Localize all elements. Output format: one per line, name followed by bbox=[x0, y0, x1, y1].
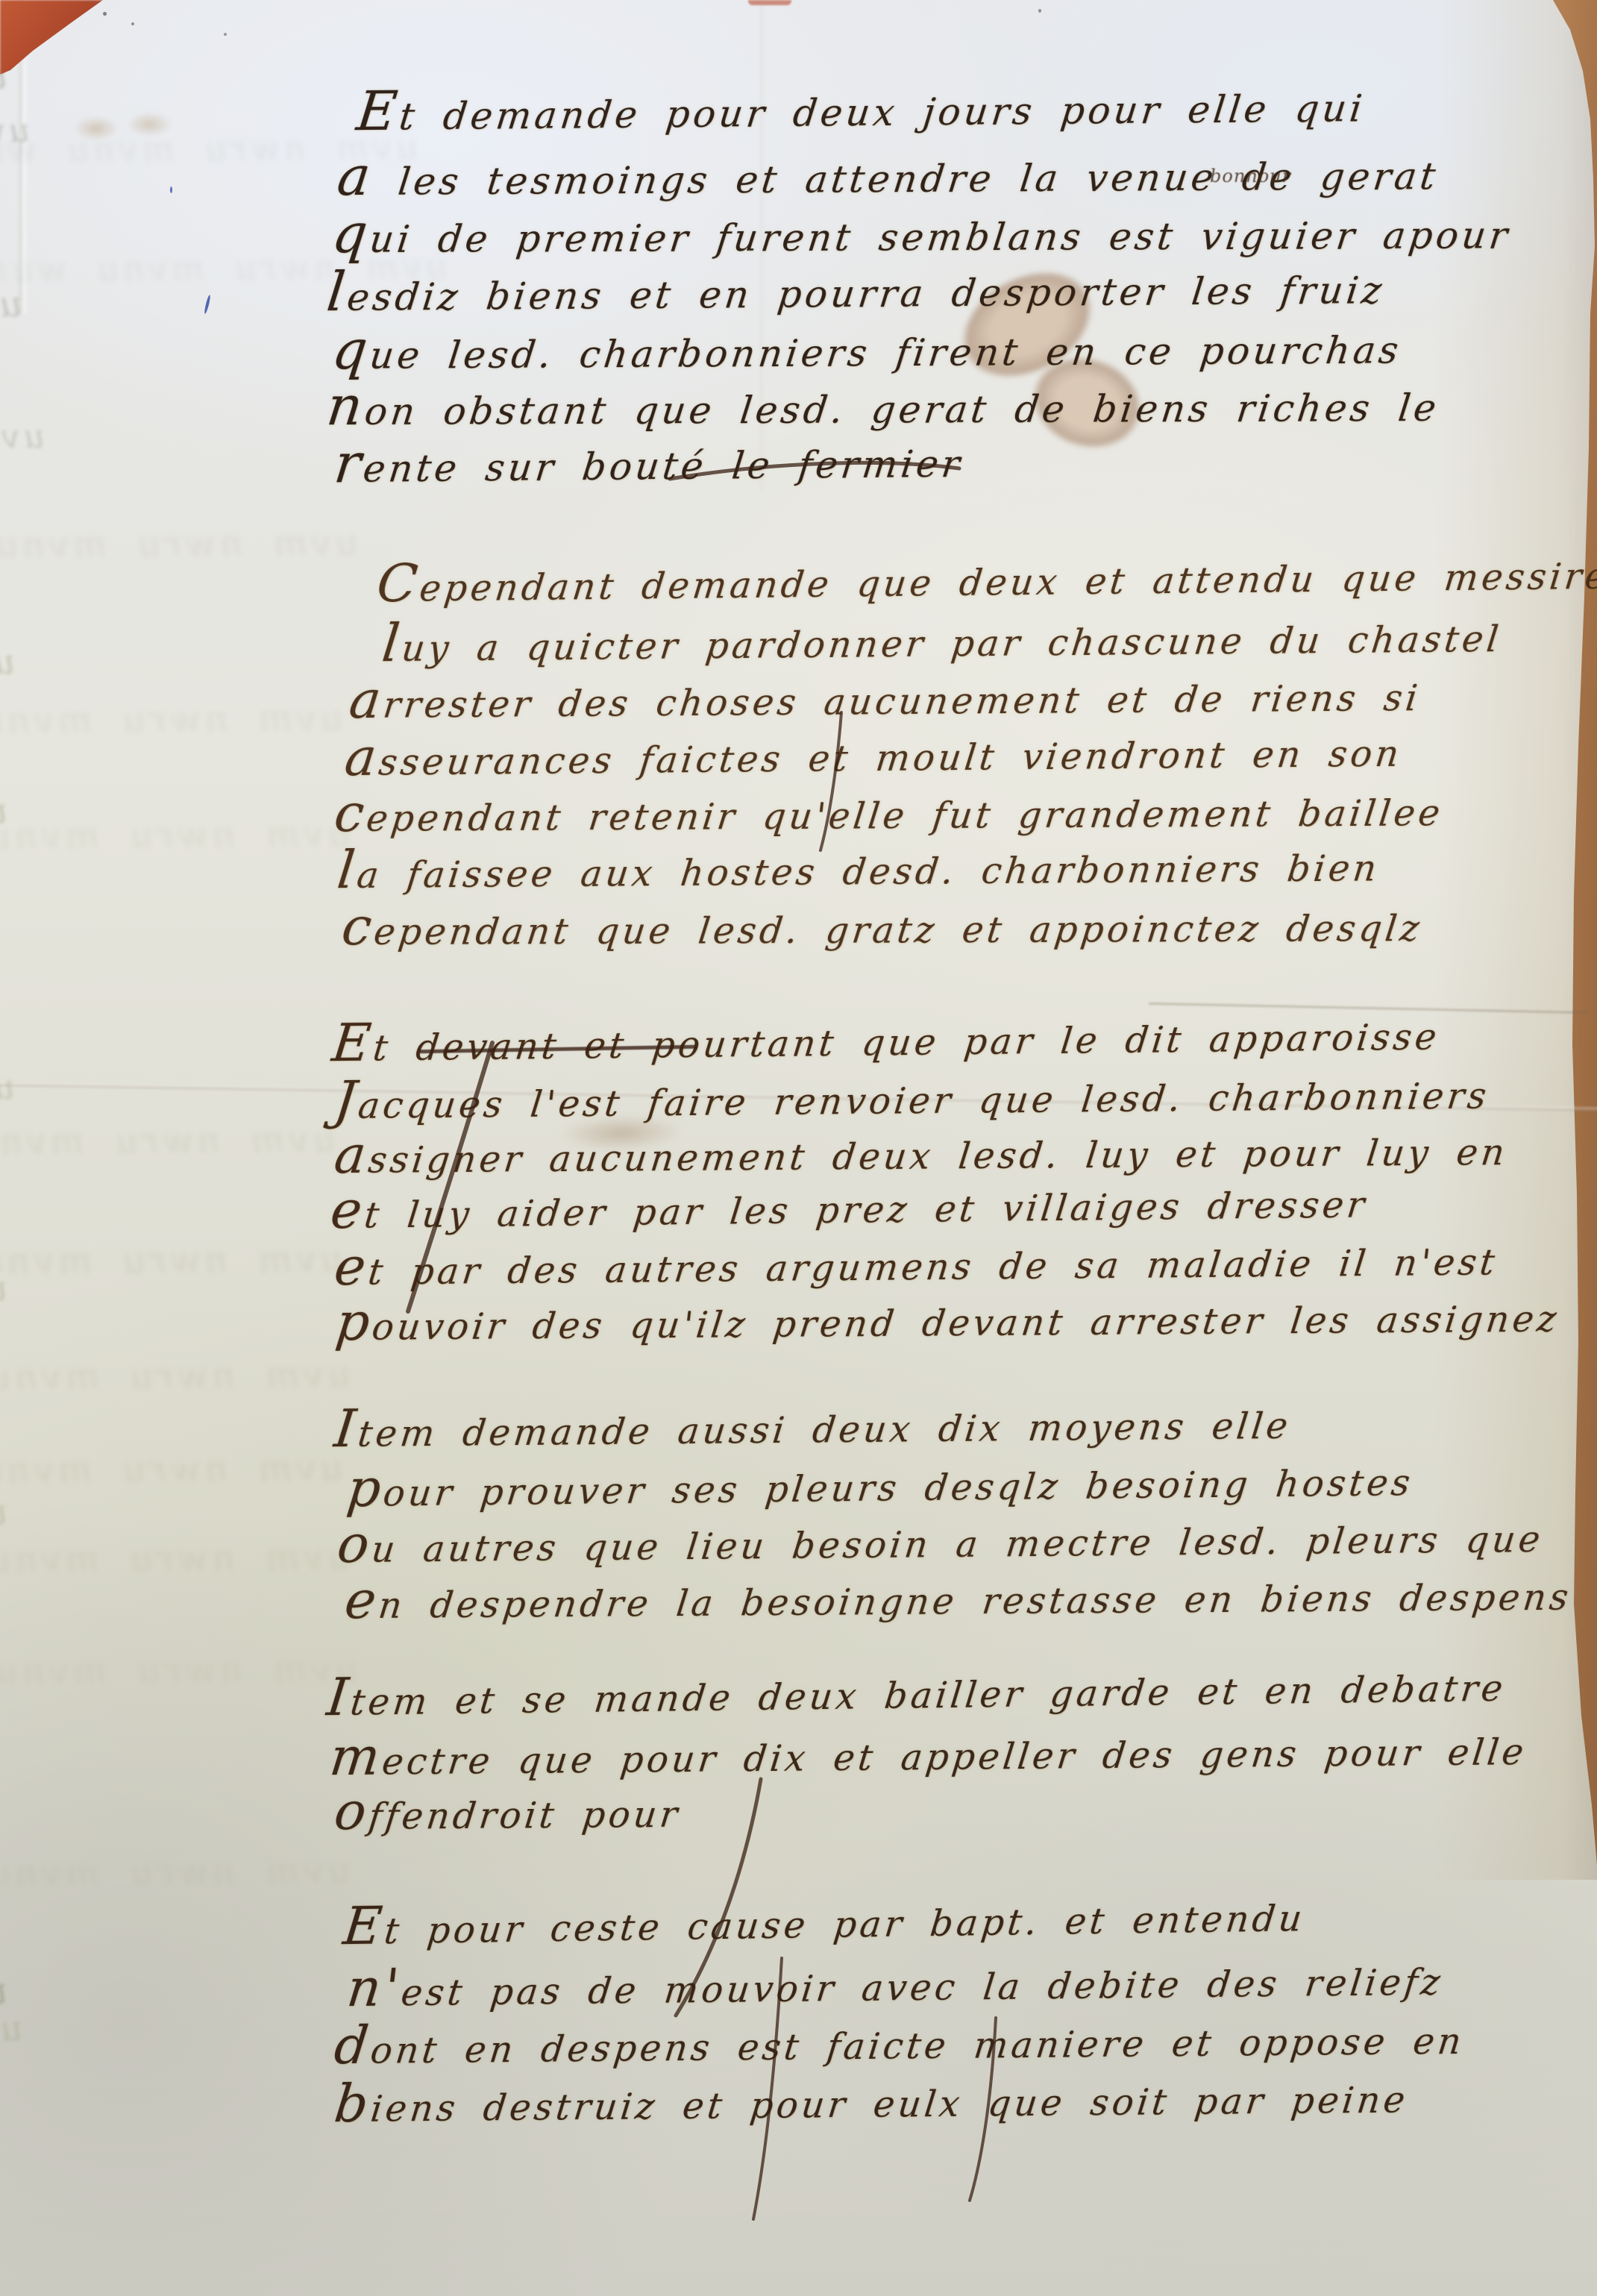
handwritten-line: que lesd. charbonniers firent en ce pour… bbox=[330, 328, 1405, 377]
dust-speck bbox=[1038, 9, 1041, 13]
handwritten-line: offendroit pour bbox=[332, 1794, 683, 1838]
handwritten-line: en despendre la besoingne restasse en bi… bbox=[342, 1576, 1574, 1627]
handwritten-line: lesdiz biens et en pourra desporter les … bbox=[324, 269, 1387, 319]
handwritten-line: cependant que lesd. gratz et appoinctez … bbox=[339, 908, 1425, 953]
handwritten-line: assigner aucunement deux lesd. luy et po… bbox=[332, 1132, 1510, 1182]
handwritten-line: la faissee aux hostes desd. charbonniers… bbox=[335, 847, 1382, 897]
handwritten-line: Item demande aussi deux dix moyens elle bbox=[332, 1405, 1293, 1455]
dust-speck bbox=[224, 33, 227, 36]
handwritten-line: Et demande pour deux jours pour elle qui bbox=[354, 87, 1368, 139]
handwritten-line: rente sur bouté le fermier bbox=[332, 442, 966, 491]
handwritten-line: cependant retenir qu'elle fut grandement… bbox=[332, 792, 1446, 840]
binding-edge-sliver bbox=[748, 0, 791, 5]
interlinear-note: bonnour bbox=[1210, 166, 1291, 186]
handwritten-line: non obstant que lesd. gerat de biens ric… bbox=[324, 386, 1442, 433]
handwritten-line: pouvoir des qu'ilz prend devant arrester… bbox=[333, 1299, 1562, 1349]
blue-ink-mark bbox=[170, 186, 172, 193]
handwritten-line: qui de premier furent semblans est vigui… bbox=[330, 213, 1513, 261]
handwritten-line: arrester des choses aucunement et de rie… bbox=[347, 677, 1423, 727]
manuscript-photo: uvm nwru mvnu wum ruvn mwu nvmru wnum ru… bbox=[0, 0, 1597, 2296]
dust-speck bbox=[103, 12, 107, 16]
dust-speck bbox=[131, 22, 134, 25]
